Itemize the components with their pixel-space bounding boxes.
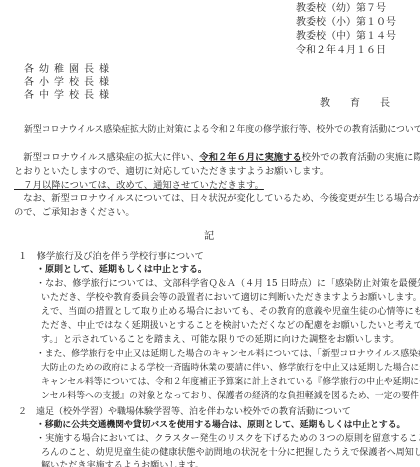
addressee-elementary: 各小学校長様	[24, 77, 114, 89]
document-date: 令和２年４月１６日	[296, 45, 386, 57]
section-1-bullet-2-line: ・また、修学旅行を中止又は延期した場合のキャンセル料については、「新型コロナウイ…	[36, 348, 420, 360]
section-1-bullet-2-line: ンセル料等への支援』の対象となっており、保護者の経済的な負担軽減を図るため、一定…	[41, 390, 420, 402]
intro-line-1: 新型コロナウイルス感染症の拡大に伴い、令和２年６月に実施する校外での教育活動の実…	[14, 152, 420, 164]
note-line-1: なお、新型コロナウイルスについては、日々状況が変化しているため、今後変更が生じる…	[14, 193, 420, 205]
doc-number-kindergarten: 教委校（幼）第７号	[296, 3, 386, 15]
section-2-principle: ・移動に公共交通機関や貸切バスを使用する場合は、原則として、延期もしくは中止とす…	[36, 419, 405, 431]
doc-number-junior-high: 教委校（中）第１４号	[296, 31, 396, 43]
section-2-heading: ２ 遠足（校外学習）や職場体験学習等、泊を伴わない校外での教育活動について	[18, 406, 351, 418]
section-1-bullet-1-line: いただき、学校や教育委員会等の設置者において適切に判断いただきますようお願いしま…	[41, 292, 420, 304]
section-2-bullet-1-line: ろんのこと、幼児児童生徒の健康状態や訪問地の状況を十分に把握したうえで保護者へ周…	[41, 447, 420, 459]
addressee-junior-high: 各中学校長様	[24, 90, 114, 102]
note-line-2: ので、ご承知おきください。	[14, 207, 135, 219]
section-2-bullet-1-line: 解いただき実施するようお願いします。	[41, 460, 204, 467]
section-1-bullet-2-line: キャンセル料等については、令和２年度補正予算案に計上されている『修学旅行の中止や…	[41, 376, 420, 388]
section-1-bullet-1-line: ・なお、修学旅行については、文部科学省Ｑ＆Ａ（４月 15 日時点）に「感染防止対…	[36, 278, 420, 290]
doc-number-elementary: 教委校（小）第１０号	[296, 17, 396, 29]
notice-july: ７月以降については、改めて、通知させていただきます。	[14, 180, 264, 192]
section-1-bullet-1-line: ただき、中止ではなく延期扱いとすることを検討いただくなどの配慮をお願いしたいと考…	[41, 320, 420, 332]
section-1-bullet-1-line: えで、当面の措置として取り止める場合においても、その教育的意義や児童生徒の心情等…	[41, 306, 420, 318]
document-title: 新型コロナウイルス感染症拡大防止対策による令和２年度の修学旅行等、校外での教育活…	[24, 124, 420, 136]
section-1-bullet-1-line: す。」と示されていることを踏まえ、可能な限りでの延期に向けた調整をお願いします。	[41, 334, 399, 346]
section-1-heading: １ 修学旅行及び泊を伴う学校行事について	[18, 251, 204, 263]
section-1-bullet-2-line: 大防止のための政府による学校一斉臨時休業の要請に伴い、修学旅行を中止又は延期した…	[41, 362, 420, 374]
intro-emphasis: 令和２年６月に実施する	[199, 152, 301, 163]
section-1-principle: ・原則として、延期もしくは中止とする。	[36, 264, 207, 276]
intro-text: 新型コロナウイルス感染症の拡大に伴い、	[14, 152, 199, 163]
sender: 教 育 長	[320, 98, 390, 110]
intro-text: 校外での教育活動の実施に際し、次の	[302, 152, 420, 163]
addressee-kindergarten: 各幼稚園長様	[24, 64, 114, 76]
ki-heading: 記	[204, 231, 214, 243]
intro-line-2: とおりといたしますので、適切に対応していただきますようお願いします。	[14, 166, 329, 178]
section-2-bullet-1-line: ・実施する場合においては、クラスター発生のリスクを下げるための３つの原則を留意す…	[36, 433, 420, 445]
